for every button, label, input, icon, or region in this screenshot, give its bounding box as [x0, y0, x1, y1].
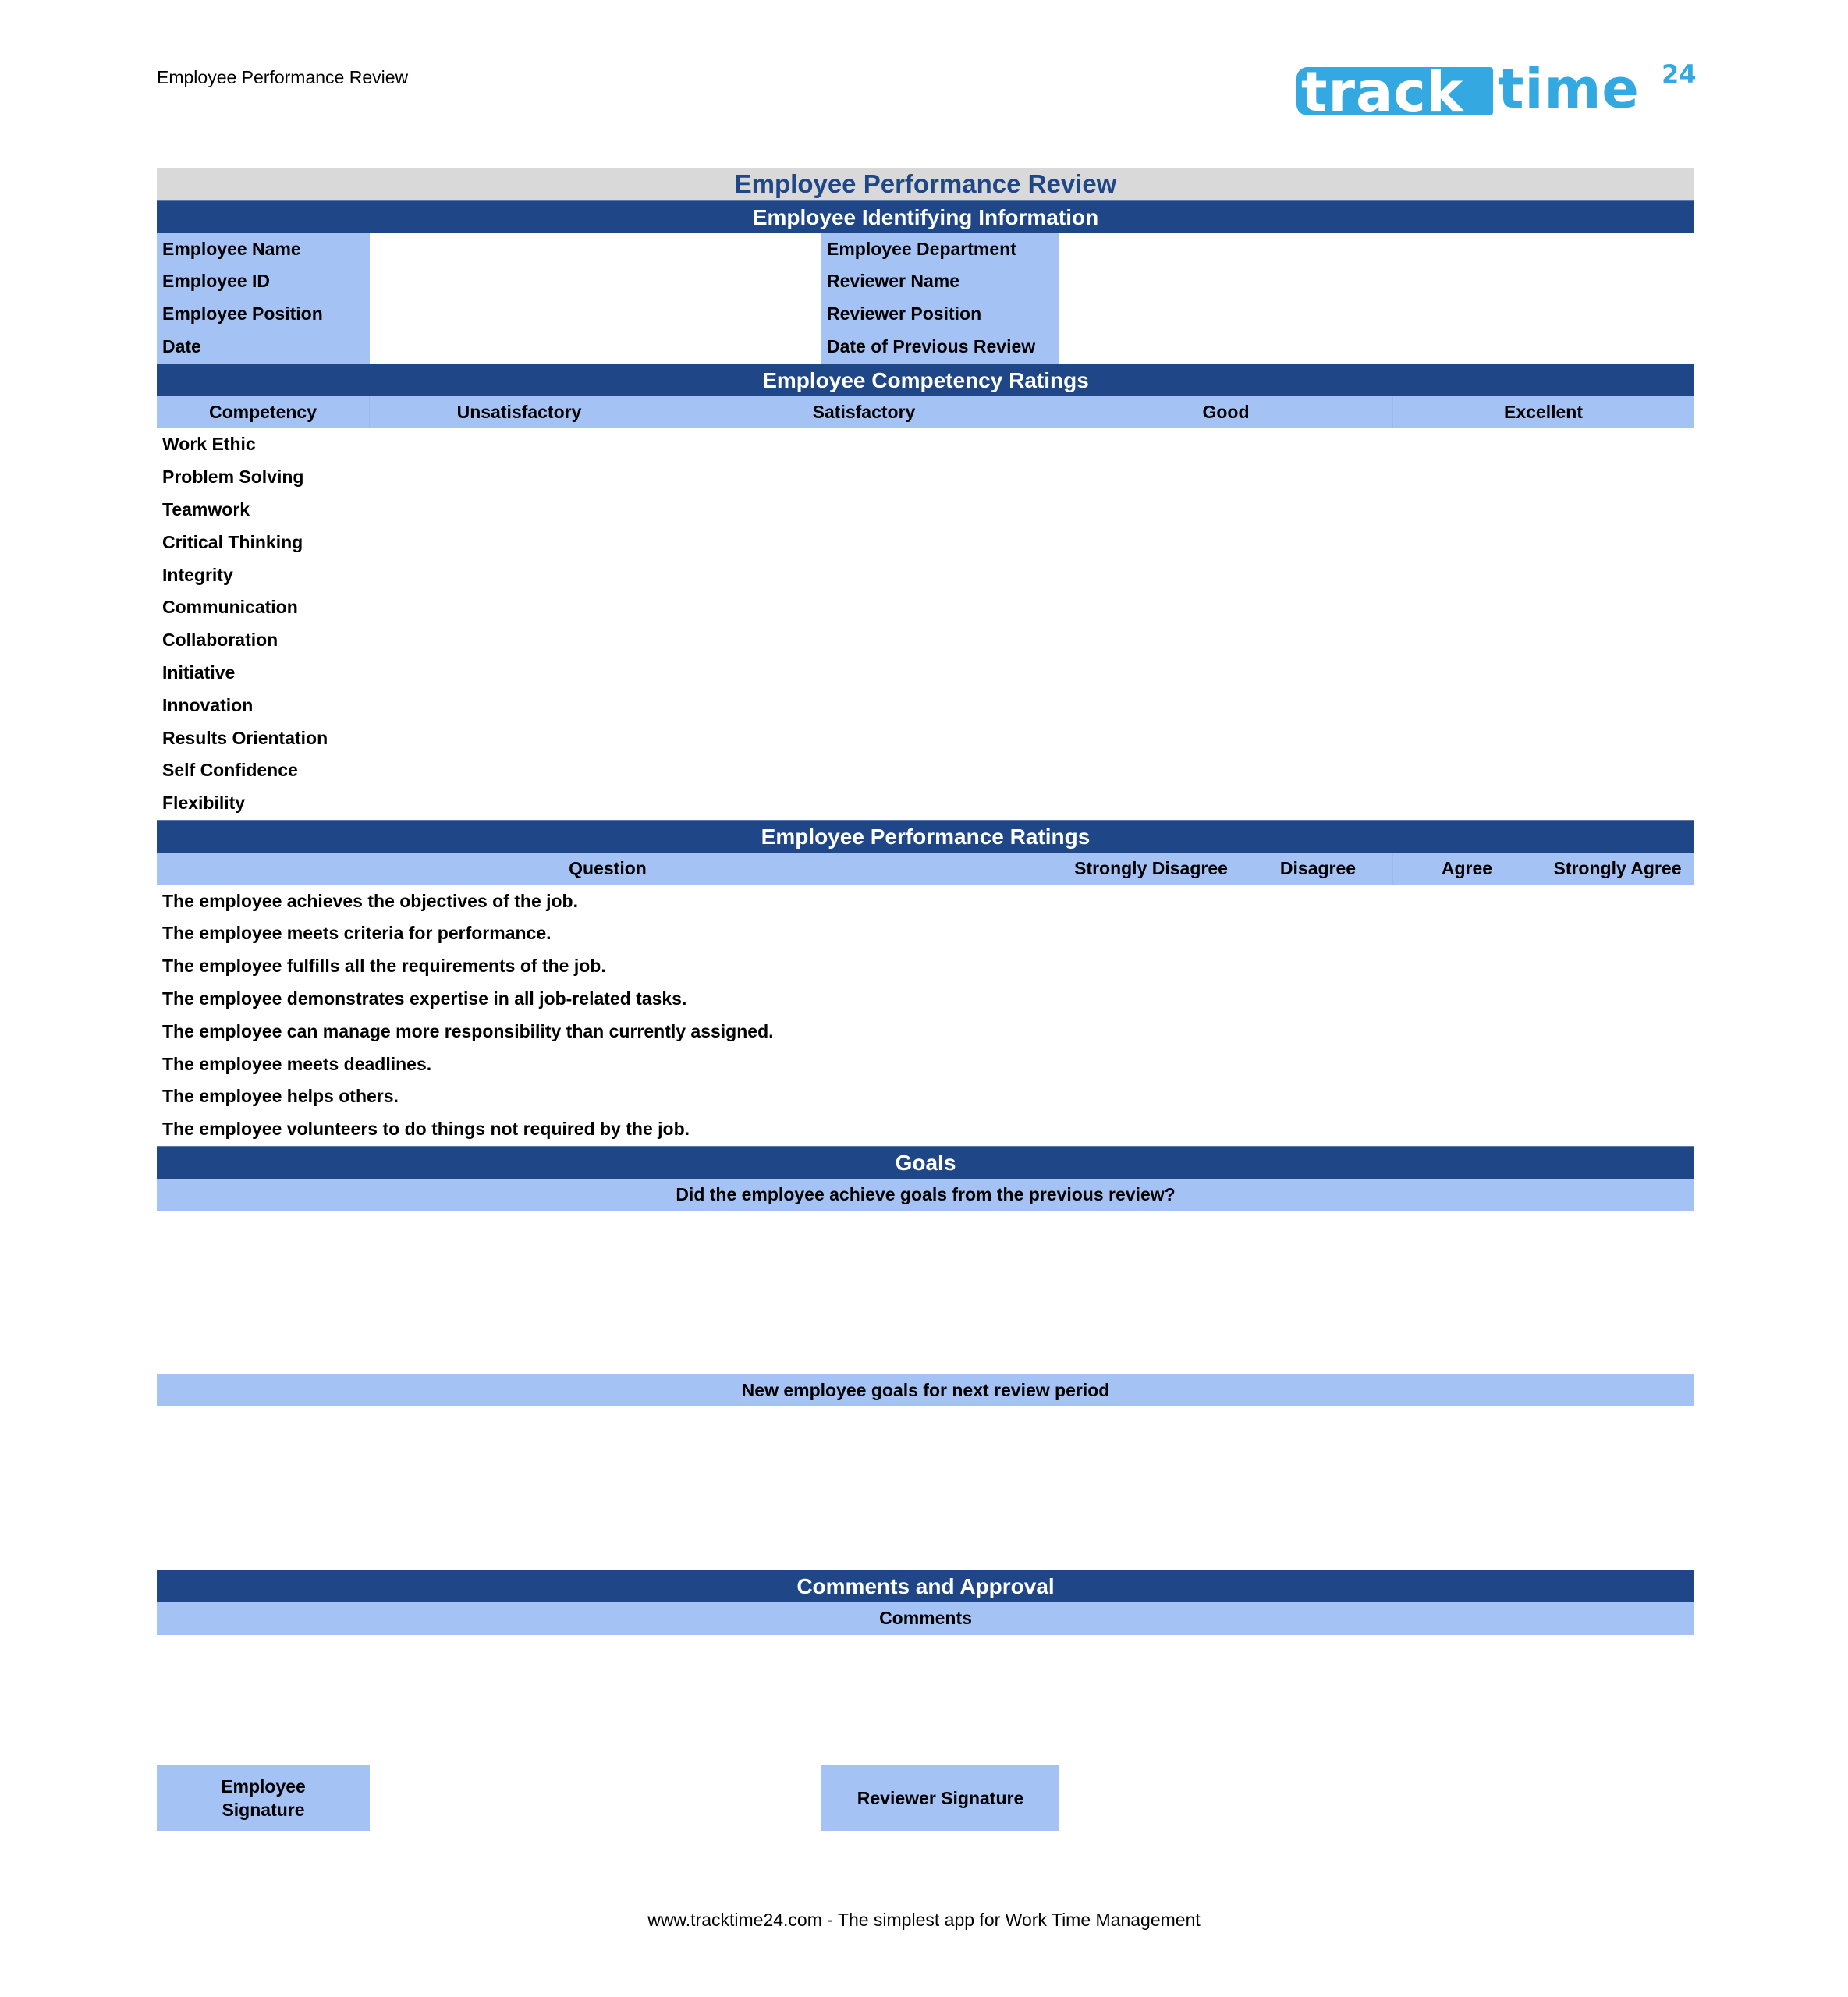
column-header: Strongly Disagree [1059, 853, 1243, 885]
identifying-row: Employee IDReviewer Name [157, 265, 1694, 298]
rating-cell[interactable] [370, 657, 669, 690]
question-text: The employee volunteers to do things not… [157, 1113, 1059, 1146]
rating-cell[interactable] [1393, 690, 1694, 722]
performance-row: The employee can manage more responsibil… [157, 1016, 1694, 1048]
rating-cell[interactable] [669, 494, 1059, 527]
reviewer-signature-label: Reviewer Signature [821, 1765, 1059, 1831]
question-text: The employee demonstrates expertise in a… [157, 983, 1059, 1016]
competency-header-row: CompetencyUnsatisfactorySatisfactoryGood… [157, 396, 1694, 429]
rating-cell[interactable] [370, 559, 669, 592]
performance-row: The employee meets criteria for performa… [157, 917, 1694, 950]
employee-signature-field[interactable] [370, 1765, 822, 1831]
rating-cell[interactable] [1393, 591, 1694, 624]
question-text: The employee helps others. [157, 1080, 1059, 1113]
rating-cell[interactable] [1059, 1080, 1243, 1113]
rating-cell[interactable] [1393, 787, 1694, 820]
competency-row: Innovation [157, 690, 1694, 722]
rating-cell[interactable] [669, 624, 1059, 657]
rating-cell[interactable] [669, 787, 1059, 820]
competency-row: Initiative [157, 657, 1694, 690]
rating-cell[interactable] [1393, 428, 1694, 461]
review-form: Employee Performance Review Employee Ide… [157, 168, 1694, 1831]
employee-signature-label: Employee Signature [157, 1765, 370, 1831]
section-comments-heading: Comments and Approval [157, 1570, 1694, 1602]
rating-cell[interactable] [1059, 428, 1393, 461]
section-identifying-heading: Employee Identifying Information [157, 200, 1694, 233]
rating-cell[interactable] [1393, 624, 1694, 657]
rating-cell[interactable] [1059, 591, 1393, 624]
section-competency-heading: Employee Competency Ratings [157, 364, 1694, 396]
section-performance-heading: Employee Performance Ratings [157, 820, 1694, 853]
competency-row: Integrity [157, 559, 1694, 592]
column-header: Satisfactory [669, 396, 1059, 429]
rating-cell[interactable] [1243, 917, 1393, 950]
competency-name: Flexibility [157, 787, 370, 820]
competency-name: Self Confidence [157, 754, 370, 787]
question-text: The employee can manage more responsibil… [157, 1016, 1059, 1048]
logo-box: track [1296, 67, 1493, 115]
rating-cell[interactable] [1393, 527, 1694, 559]
column-header: Agree [1393, 853, 1541, 885]
rating-cell[interactable] [1393, 1016, 1541, 1048]
page-header-title: Employee Performance Review [157, 67, 408, 88]
rating-cell[interactable] [1059, 494, 1393, 527]
competency-row: Self Confidence [157, 754, 1694, 787]
rating-cell[interactable] [370, 787, 669, 820]
performance-row: The employee meets deadlines. [157, 1048, 1694, 1081]
field-input[interactable] [370, 233, 822, 266]
rating-cell[interactable] [1541, 1113, 1694, 1146]
rating-cell[interactable] [370, 527, 669, 559]
rating-cell[interactable] [1059, 461, 1393, 494]
competency-name: Work Ethic [157, 428, 370, 461]
rating-cell[interactable] [1059, 722, 1393, 755]
new-goals-field[interactable] [157, 1406, 1694, 1570]
rating-cell[interactable] [669, 559, 1059, 592]
field-input[interactable] [1059, 298, 1694, 331]
field-input[interactable] [370, 331, 822, 364]
rating-cell[interactable] [1243, 1080, 1393, 1113]
field-label: Employee ID [157, 265, 370, 298]
competency-row: Problem Solving [157, 461, 1694, 494]
column-header: Unsatisfactory [370, 396, 669, 429]
comments-label: Comments [157, 1602, 1694, 1635]
question-text: The employee meets deadlines. [157, 1048, 1059, 1081]
rating-cell[interactable] [370, 428, 669, 461]
rating-cell[interactable] [1393, 754, 1694, 787]
rating-cell[interactable] [1393, 950, 1541, 983]
rating-cell[interactable] [1059, 1016, 1243, 1048]
rating-cell[interactable] [1243, 1016, 1393, 1048]
rating-cell[interactable] [1393, 983, 1541, 1016]
competency-row: Collaboration [157, 624, 1694, 657]
field-label: Employee Position [157, 298, 370, 331]
rating-cell[interactable] [1243, 1113, 1393, 1146]
rating-cell[interactable] [1059, 1048, 1243, 1081]
competency-row: Teamwork [157, 494, 1694, 527]
comments-field[interactable] [157, 1635, 1694, 1765]
rating-cell[interactable] [1393, 657, 1694, 690]
rating-cell[interactable] [370, 591, 669, 624]
field-label: Employee Department [821, 233, 1059, 266]
competency-name: Results Orientation [157, 722, 370, 755]
competency-row: Flexibility [157, 787, 1694, 820]
rating-cell[interactable] [1243, 950, 1393, 983]
rating-cell[interactable] [1393, 1080, 1541, 1113]
column-header: Good [1059, 396, 1393, 429]
rating-cell[interactable] [1541, 885, 1694, 918]
logo-superscript: 24 [1662, 59, 1697, 89]
rating-cell[interactable] [669, 591, 1059, 624]
rating-cell[interactable] [1059, 787, 1393, 820]
rating-cell[interactable] [1541, 917, 1694, 950]
rating-cell[interactable] [370, 754, 669, 787]
field-input[interactable] [1059, 331, 1694, 364]
competency-name: Critical Thinking [157, 527, 370, 559]
rating-cell[interactable] [1059, 983, 1243, 1016]
column-header: Competency [157, 396, 370, 429]
field-label: Reviewer Name [821, 265, 1059, 298]
previous-goals-label: Did the employee achieve goals from the … [157, 1179, 1694, 1211]
question-text: The employee meets criteria for performa… [157, 917, 1059, 950]
competency-name: Initiative [157, 657, 370, 690]
performance-row: The employee achieves the objectives of … [157, 885, 1694, 918]
rating-cell[interactable] [669, 690, 1059, 722]
previous-goals-field[interactable] [157, 1211, 1694, 1374]
performance-row: The employee fulfills all the requiremen… [157, 950, 1694, 983]
competency-row: Communication [157, 591, 1694, 624]
field-label: Date [157, 331, 370, 364]
competency-row: Work Ethic [157, 428, 1694, 461]
field-input[interactable] [1059, 265, 1694, 298]
performance-row: The employee demonstrates expertise in a… [157, 983, 1694, 1016]
performance-header-row: QuestionStrongly DisagreeDisagreeAgreeSt… [157, 853, 1694, 885]
rating-cell[interactable] [1393, 559, 1694, 592]
rating-cell[interactable] [669, 428, 1059, 461]
rating-cell[interactable] [669, 527, 1059, 559]
reviewer-signature-field[interactable] [1059, 1765, 1694, 1831]
field-input[interactable] [370, 298, 822, 331]
rating-cell[interactable] [1541, 1080, 1694, 1113]
field-label: Employee Name [157, 233, 370, 266]
competency-name: Collaboration [157, 624, 370, 657]
competency-rows: Work EthicProblem SolvingTeamworkCritica… [157, 428, 1694, 820]
rating-cell[interactable] [1393, 885, 1541, 918]
competency-row: Results Orientation [157, 722, 1694, 755]
column-header: Disagree [1243, 853, 1393, 885]
rating-cell[interactable] [1541, 1016, 1694, 1048]
rating-cell[interactable] [1243, 885, 1393, 918]
rating-cell[interactable] [370, 461, 669, 494]
signature-row: Employee Signature Reviewer Signature [157, 1765, 1694, 1831]
rating-cell[interactable] [1059, 624, 1393, 657]
identifying-row: Employee PositionReviewer Position [157, 298, 1694, 331]
rating-cell[interactable] [370, 624, 669, 657]
rating-cell[interactable] [1059, 1113, 1243, 1146]
rating-cell[interactable] [669, 461, 1059, 494]
rating-cell[interactable] [1059, 527, 1393, 559]
rating-cell[interactable] [669, 657, 1059, 690]
rating-cell[interactable] [370, 722, 669, 755]
rating-cell[interactable] [1393, 494, 1694, 527]
competency-name: Teamwork [157, 494, 370, 527]
rating-cell[interactable] [1393, 461, 1694, 494]
rating-cell[interactable] [1059, 754, 1393, 787]
rating-cell[interactable] [1243, 983, 1393, 1016]
column-header: Strongly Agree [1541, 853, 1694, 885]
rating-cell[interactable] [1393, 1048, 1541, 1081]
field-label: Date of Previous Review [821, 331, 1059, 364]
rating-cell[interactable] [1059, 950, 1243, 983]
tracktime24-logo: track time 24 [1296, 64, 1694, 120]
rating-cell[interactable] [1059, 657, 1393, 690]
rating-cell[interactable] [1059, 690, 1393, 722]
rating-cell[interactable] [370, 690, 669, 722]
rating-cell[interactable] [1541, 983, 1694, 1016]
logo-text-time: time [1498, 57, 1640, 121]
rating-cell[interactable] [669, 722, 1059, 755]
column-header: Excellent [1393, 396, 1694, 429]
competency-name: Problem Solving [157, 461, 370, 494]
performance-row: The employee helps others. [157, 1080, 1694, 1113]
field-input[interactable] [370, 265, 822, 298]
section-goals-heading: Goals [157, 1146, 1694, 1179]
new-goals-label: New employee goals for next review perio… [157, 1374, 1694, 1407]
rating-cell[interactable] [1059, 559, 1393, 592]
competency-name: Innovation [157, 690, 370, 722]
rating-cell[interactable] [370, 494, 669, 527]
rating-cell[interactable] [1541, 1048, 1694, 1081]
rating-cell[interactable] [1393, 917, 1541, 950]
rating-cell[interactable] [1541, 950, 1694, 983]
rating-cell[interactable] [1059, 917, 1243, 950]
column-header: Question [157, 853, 1059, 885]
identifying-row: Employee NameEmployee Department [157, 233, 1694, 266]
performance-row: The employee volunteers to do things not… [157, 1113, 1694, 1146]
performance-rows: The employee achieves the objectives of … [157, 885, 1694, 1146]
identifying-fields: Employee NameEmployee DepartmentEmployee… [157, 233, 1694, 364]
question-text: The employee fulfills all the requiremen… [157, 950, 1059, 983]
rating-cell[interactable] [1243, 1048, 1393, 1081]
form-title: Employee Performance Review [157, 168, 1694, 200]
question-text: The employee achieves the objectives of … [157, 885, 1059, 918]
rating-cell[interactable] [1059, 885, 1243, 918]
identifying-row: DateDate of Previous Review [157, 331, 1694, 364]
field-label: Reviewer Position [821, 298, 1059, 331]
rating-cell[interactable] [1393, 1113, 1541, 1146]
footer-text: www.tracktime24.com - The simplest app f… [0, 1910, 1848, 1931]
competency-row: Critical Thinking [157, 527, 1694, 559]
field-input[interactable] [1059, 233, 1694, 266]
rating-cell[interactable] [1393, 722, 1694, 755]
competency-name: Communication [157, 591, 370, 624]
logo-text-track: track [1301, 60, 1463, 124]
competency-name: Integrity [157, 559, 370, 592]
rating-cell[interactable] [669, 754, 1059, 787]
